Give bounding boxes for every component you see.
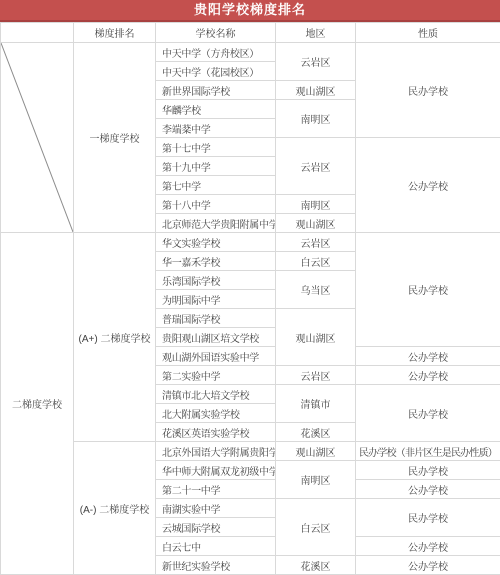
column-header-row: 梯度排名 学校名称 地区 性质 <box>1 23 500 43</box>
school-cell: 云城国际学校 <box>156 518 276 537</box>
region-cell: 云岩区 <box>276 138 356 195</box>
nature-cell: 公办学校 <box>356 556 500 575</box>
school-cell: 为明国际中学 <box>156 290 276 309</box>
nature-cell: 民办学校 <box>356 233 500 347</box>
school-cell: 华一嘉禾学校 <box>156 252 276 271</box>
region-cell: 白云区 <box>276 499 356 556</box>
region-cell: 南明区 <box>276 100 356 138</box>
region-cell: 清镇市 <box>276 385 356 423</box>
diagonal-slash-icon <box>1 43 73 232</box>
school-cell: 北京师范大学贵阳附属中学 <box>156 214 276 233</box>
school-cell: 花溪区英语实验学校 <box>156 423 276 442</box>
region-cell: 观山湖区 <box>276 81 356 100</box>
school-cell: 新世界国际学校 <box>156 81 276 100</box>
school-cell: 华麟学校 <box>156 100 276 119</box>
school-cell: 中天中学（花园校区） <box>156 62 276 81</box>
school-cell: 新世纪实验学校 <box>156 556 276 575</box>
nature-cell: 民办学校（非片区生是民办性质） <box>356 442 500 461</box>
nature-cell: 民办学校 <box>356 499 500 537</box>
school-ranking-table: 梯度排名 学校名称 地区 性质 一梯度学校 中天中学（方舟校区） 云岩区 民办学… <box>0 22 500 575</box>
school-cell: 观山湖外国语实验中学 <box>156 347 276 366</box>
region-cell: 观山湖区 <box>276 214 356 233</box>
diagonal-cell <box>1 43 74 233</box>
group-cell-tier2: 二梯度学校 <box>1 233 74 575</box>
school-cell: 北大附属实验学校 <box>156 404 276 423</box>
region-cell: 观山湖区 <box>276 309 356 366</box>
nature-cell: 公办学校 <box>356 480 500 499</box>
region-cell: 云岩区 <box>276 233 356 252</box>
column-header-rank: 梯度排名 <box>74 23 156 43</box>
school-cell: 乐湾国际学校 <box>156 271 276 290</box>
school-cell: 普瑞国际学校 <box>156 309 276 328</box>
region-cell: 云岩区 <box>276 43 356 81</box>
school-cell: 李端棻中学 <box>156 119 276 138</box>
school-cell: 南湖实验中学 <box>156 499 276 518</box>
school-cell: 第七中学 <box>156 176 276 195</box>
region-cell: 花溪区 <box>276 556 356 575</box>
nature-cell: 公办学校 <box>356 138 500 233</box>
region-cell: 乌当区 <box>276 271 356 309</box>
school-cell: 华文实验学校 <box>156 233 276 252</box>
group-cell-tier1: 一梯度学校 <box>74 43 156 233</box>
school-cell: 贵阳观山湖区培文学校 <box>156 328 276 347</box>
school-cell: 第十八中学 <box>156 195 276 214</box>
column-header-region: 地区 <box>276 23 356 43</box>
table-row: 二梯度学校 (A+) 二梯度学校 华文实验学校 云岩区 民办学校 <box>1 233 500 252</box>
school-cell: 华中师大附属双龙初级中学 <box>156 461 276 480</box>
table-row: (A-) 二梯度学校 北京外国语大学附属贵阳学校 观山湖区 民办学校（非片区生是… <box>1 442 500 461</box>
table-row: 一梯度学校 中天中学（方舟校区） 云岩区 民办学校 <box>1 43 500 62</box>
nature-cell: 民办学校 <box>356 385 500 442</box>
school-cell: 清镇市北大培文学校 <box>156 385 276 404</box>
region-cell: 南明区 <box>276 461 356 499</box>
page-title: 贵阳学校梯度排名 <box>0 0 500 22</box>
school-cell: 白云七中 <box>156 537 276 556</box>
nature-cell: 民办学校 <box>356 461 500 480</box>
nature-cell: 公办学校 <box>356 537 500 556</box>
region-cell: 云岩区 <box>276 366 356 385</box>
corner-cell <box>1 23 74 43</box>
school-cell: 第二十一中学 <box>156 480 276 499</box>
region-cell: 白云区 <box>276 252 356 271</box>
nature-cell: 公办学校 <box>356 347 500 366</box>
subgroup-cell-aminus: (A-) 二梯度学校 <box>74 442 156 575</box>
school-cell: 第二实验中学 <box>156 366 276 385</box>
region-cell: 花溪区 <box>276 423 356 442</box>
school-cell: 中天中学（方舟校区） <box>156 43 276 62</box>
nature-cell: 民办学校 <box>356 43 500 138</box>
subgroup-cell-aplus: (A+) 二梯度学校 <box>74 233 156 442</box>
school-cell: 北京外国语大学附属贵阳学校 <box>156 442 276 461</box>
column-header-school: 学校名称 <box>156 23 276 43</box>
school-cell: 第十九中学 <box>156 157 276 176</box>
column-header-nature: 性质 <box>356 23 500 43</box>
region-cell: 南明区 <box>276 195 356 214</box>
region-cell: 观山湖区 <box>276 442 356 461</box>
nature-cell: 公办学校 <box>356 366 500 385</box>
school-cell: 第十七中学 <box>156 138 276 157</box>
